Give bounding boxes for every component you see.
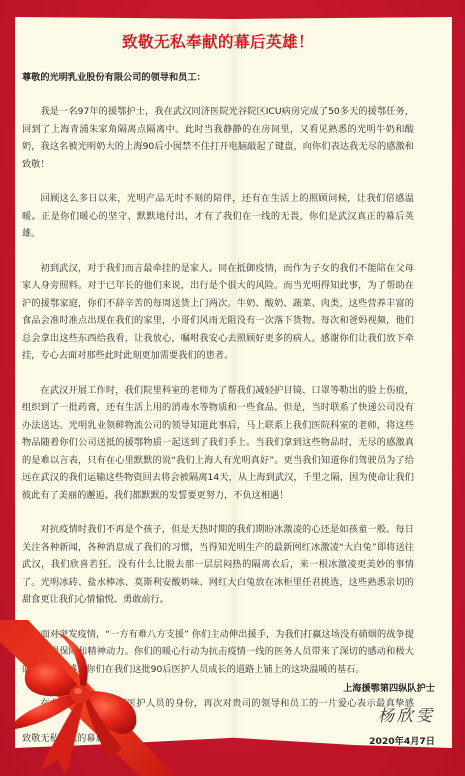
paragraph-5: 对抗疫情时我们不再是个孩子，但是天热时期的我们期盼冰激凌的心还是如孩童一般。每日… xyxy=(22,521,414,609)
paragraph-4: 在武汉开展工作时，我们院里科室的老师为了帮我们减轻护目镜、口罩等勒出的脸上伤痕，… xyxy=(22,382,414,505)
red-gift-bow-icon xyxy=(0,620,180,776)
signature-date: 2020年4月7日 xyxy=(343,733,435,747)
letter-greeting: 尊敬的光明乳业股份有限公司的领导和员工： xyxy=(22,69,414,83)
paragraph-2: 回顾这么多日以来，光明产品无时不刻的陪伴，还有在生活上的照顾问候，让我们倍感温暖… xyxy=(22,190,414,243)
paragraph-1: 我是一名97年的援鄂护士，我在武汉同济医院光谷院区ICU病房完成了50多天的援鄂… xyxy=(22,103,414,173)
letter-title: 致敬无私奉献的幕后英雄！ xyxy=(22,30,414,52)
signature-handwritten-name: 杨欣雯 xyxy=(343,703,435,726)
signature-block: 上海援鄂第四纵队护士 杨欣雯 2020年4月7日 xyxy=(343,680,435,747)
signature-organization: 上海援鄂第四纵队护士 xyxy=(343,680,435,694)
paragraph-3: 初到武汉，对于我们而言最牵挂的是家人。同在抵御疫情，而作为子女的我们不能陪在父母… xyxy=(22,260,414,365)
